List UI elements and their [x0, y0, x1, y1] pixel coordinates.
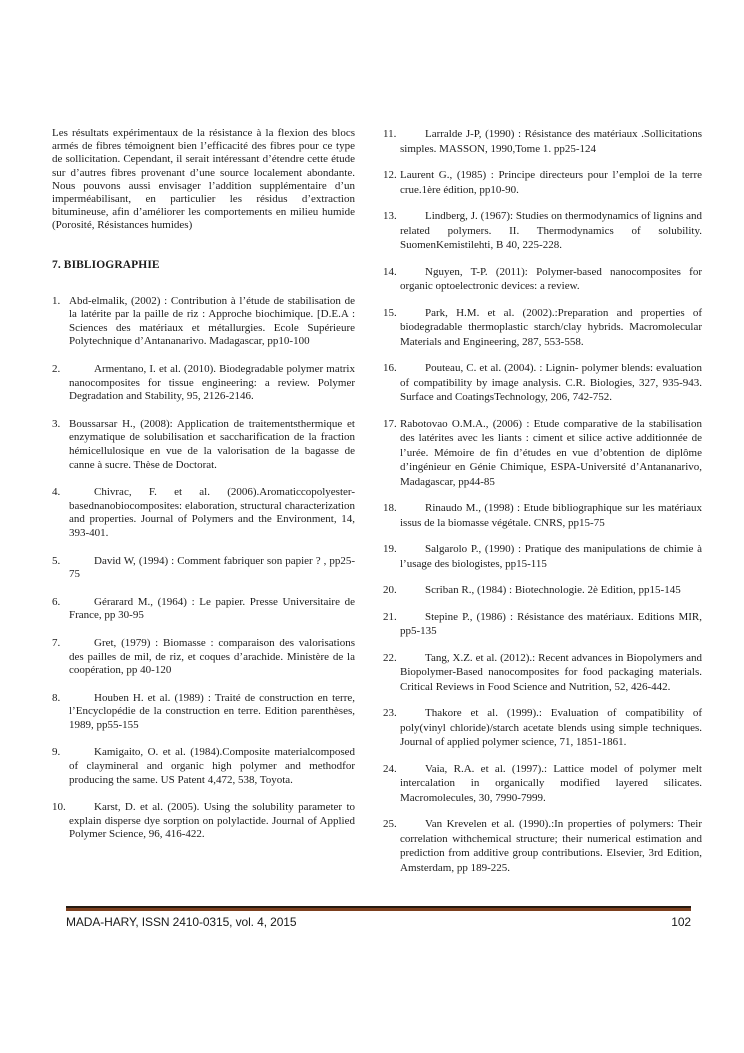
reference-number: 12.	[383, 168, 397, 183]
reference-number: 13.	[383, 209, 397, 224]
reference-number: 8.	[52, 692, 60, 706]
reference-item: 11.Larralde J-P, (1990) : Résistance des…	[383, 127, 702, 156]
reference-number: 15.	[383, 306, 397, 321]
reference-item: 18.Rinaudo M., (1998) : Etude bibliograp…	[383, 501, 702, 530]
reference-item: 17.Rabotovao O.M.A., (2006) : Etude comp…	[383, 417, 702, 490]
conclusion-paragraph: Les résultats expérimentaux de la résist…	[52, 127, 355, 233]
reference-text: Rinaudo M., (1998) : Etude bibliographiq…	[400, 502, 702, 529]
reference-text: Salgarolo P., (1990) : Pratique des mani…	[400, 543, 702, 570]
reference-text: Gret, (1979) : Biomasse : comparaison de…	[69, 637, 355, 676]
reference-text: Kamigaito, O. et al. (1984).Composite ma…	[69, 746, 355, 785]
reference-item: 7.Gret, (1979) : Biomasse : comparaison …	[52, 637, 355, 678]
document-page: Les résultats expérimentaux de la résist…	[0, 0, 744, 1053]
reference-number: 11.	[383, 127, 396, 142]
bibliography-heading: 7. BIBLIOGRAPHIE	[52, 259, 355, 271]
reference-text: Armentano, I. et al. (2010). Biodegradab…	[69, 363, 355, 402]
reference-text: Abd-elmalik, (2002) : Contribution à l’é…	[69, 295, 355, 348]
reference-number: 1.	[52, 295, 60, 309]
reference-text: Gérarard M., (1964) : Le papier. Presse …	[69, 596, 355, 622]
reference-item: 14.Nguyen, T-P. (2011): Polymer-based na…	[383, 265, 702, 294]
reference-text: Karst, D. et al. (2005). Using the solub…	[69, 801, 355, 840]
reference-item: 4.Chivrac, F. et al. (2006).Aromaticcopo…	[52, 486, 355, 540]
reference-number: 22.	[383, 651, 397, 666]
reference-item: 25.Van Krevelen et al. (1990).:In proper…	[383, 817, 702, 875]
reference-number: 6.	[52, 596, 60, 610]
reference-item: 22.Tang, X.Z. et al. (2012).: Recent adv…	[383, 651, 702, 695]
reference-number: 20.	[383, 583, 397, 598]
reference-text: Rabotovao O.M.A., (2006) : Etude compara…	[400, 418, 702, 488]
reference-text: Chivrac, F. et al. (2006).Aromaticcopoly…	[69, 486, 355, 539]
reference-text: Laurent G., (1985) : Principe directeurs…	[400, 169, 702, 196]
reference-number: 10.	[52, 801, 66, 815]
reference-item: 2.Armentano, I. et al. (2010). Biodegrad…	[52, 363, 355, 404]
reference-item: 19.Salgarolo P., (1990) : Pratique des m…	[383, 542, 702, 571]
reference-number: 25.	[383, 817, 397, 832]
reference-item: 1.Abd-elmalik, (2002) : Contribution à l…	[52, 295, 355, 349]
reference-text: Scriban R., (1984) : Biotechnologie. 2è …	[425, 584, 681, 596]
reference-text: Larralde J-P, (1990) : Résistance des ma…	[400, 128, 702, 155]
reference-text: Tang, X.Z. et al. (2012).: Recent advanc…	[400, 652, 702, 693]
reference-number: 24.	[383, 762, 397, 777]
reference-item: 24.Vaia, R.A. et al. (1997).: Lattice mo…	[383, 762, 702, 806]
footer-row: MADA-HARY, ISSN 2410-0315, vol. 4, 2015 …	[66, 915, 691, 929]
reference-number: 4.	[52, 486, 60, 500]
reference-item: 20.Scriban R., (1984) : Biotechnologie. …	[383, 583, 702, 598]
reference-number: 18.	[383, 501, 397, 516]
reference-item: 9.Kamigaito, O. et al. (1984).Composite …	[52, 746, 355, 787]
reference-text: Lindberg, J. (1967): Studies on thermody…	[400, 210, 702, 251]
reference-item: 21.Stepine P., (1986) : Résistance des m…	[383, 610, 702, 639]
reference-number: 23.	[383, 706, 397, 721]
reference-list-left: 1.Abd-elmalik, (2002) : Contribution à l…	[52, 295, 355, 842]
reference-number: 9.	[52, 746, 60, 760]
reference-number: 2.	[52, 363, 60, 377]
reference-item: 8.Houben H. et al. (1989) : Traité de co…	[52, 692, 355, 733]
right-column: 11.Larralde J-P, (1990) : Résistance des…	[383, 127, 702, 887]
reference-text: Vaia, R.A. et al. (1997).: Lattice model…	[400, 763, 702, 804]
reference-text: Pouteau, C. et al. (2004). : Lignin- pol…	[400, 362, 702, 403]
page-footer: MADA-HARY, ISSN 2410-0315, vol. 4, 2015 …	[66, 906, 691, 929]
page-number: 102	[671, 915, 691, 929]
reference-text: Nguyen, T-P. (2011): Polymer-based nanoc…	[400, 266, 702, 293]
reference-text: Boussarsar H., (2008): Application de tr…	[69, 418, 355, 471]
reference-list-right: 11.Larralde J-P, (1990) : Résistance des…	[383, 127, 702, 875]
reference-number: 5.	[52, 555, 60, 569]
reference-text: Thakore et al. (1999).: Evaluation of co…	[400, 707, 702, 748]
reference-text: David W, (1994) : Comment fabriquer son …	[69, 555, 355, 581]
reference-item: 15.Park, H.M. et al. (2002).:Preparation…	[383, 306, 702, 350]
reference-item: 13.Lindberg, J. (1967): Studies on therm…	[383, 209, 702, 253]
reference-text: Van Krevelen et al. (1990).:In propertie…	[400, 818, 702, 874]
reference-item: 16.Pouteau, C. et al. (2004). : Lignin- …	[383, 361, 702, 405]
reference-item: 3.Boussarsar H., (2008): Application de …	[52, 418, 355, 472]
reference-text: Houben H. et al. (1989) : Traité de cons…	[69, 692, 355, 731]
reference-item: 23.Thakore et al. (1999).: Evaluation of…	[383, 706, 702, 750]
reference-number: 3.	[52, 418, 60, 432]
page-content: Les résultats expérimentaux de la résist…	[52, 127, 702, 887]
reference-number: 16.	[383, 361, 397, 376]
reference-text: Park, H.M. et al. (2002).:Preparation an…	[400, 307, 702, 348]
reference-item: 6.Gérarard M., (1964) : Le papier. Press…	[52, 596, 355, 623]
footer-divider	[66, 906, 691, 911]
reference-item: 12.Laurent G., (1985) : Principe directe…	[383, 168, 702, 197]
reference-number: 21.	[383, 610, 397, 625]
reference-number: 19.	[383, 542, 397, 557]
reference-item: 5.David W, (1994) : Comment fabriquer so…	[52, 555, 355, 582]
reference-number: 7.	[52, 637, 60, 651]
reference-number: 14.	[383, 265, 397, 280]
journal-info: MADA-HARY, ISSN 2410-0315, vol. 4, 2015	[66, 915, 296, 929]
left-column: Les résultats expérimentaux de la résist…	[52, 127, 355, 887]
reference-number: 17.	[383, 417, 397, 432]
reference-text: Stepine P., (1986) : Résistance des maté…	[400, 611, 702, 638]
reference-item: 10.Karst, D. et al. (2005). Using the so…	[52, 801, 355, 842]
